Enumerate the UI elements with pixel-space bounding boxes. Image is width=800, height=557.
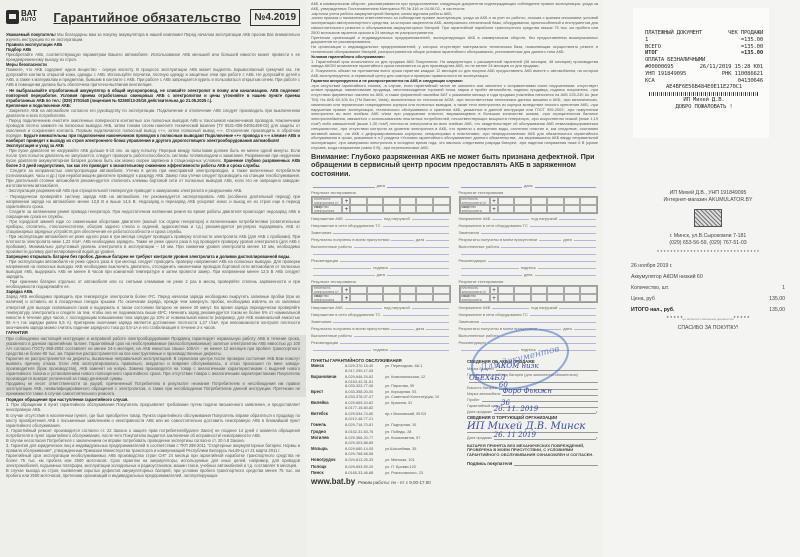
buyer-signature-field: Подпись покупателя	[467, 461, 598, 466]
service-point-row: Полоцк8-029-653-59-20ул. П. Бровки,120	[311, 465, 461, 470]
service-point-row: Гродно8-0152-31-63-76ул. Победы, 28	[311, 430, 461, 435]
seller-info-heading: СВЕДЕНИЯ О ТОРГУЮЩЕЙ ОРГАНИЗАЦИИ	[467, 415, 598, 420]
warranty-section: При соблюдении настоящей инструкции и ис…	[0, 335, 306, 398]
warranty-conditions-text: АКБ в коммерческом обороте, рассматриваю…	[311, 2, 598, 151]
cash-register-receipt: ПЛАТЕЖНЫЙ ДОКУМЕНТЧЕК ПРОДАЖИ 1=135.00 В…	[633, 8, 769, 138]
sale-date-field: Дата продажи26. 11. 2019г.	[467, 408, 598, 414]
bat-logo: BAT AUTO	[6, 10, 44, 24]
test-form-left: датаРезультат тестированияплотность элек…	[311, 181, 451, 352]
test-results-grid: плотность электролита (г/см3)+свойство э…	[459, 196, 599, 214]
car-field: Марка автомобиляФорд Фьюжн	[467, 390, 598, 396]
service-point-row: Могилев8-029-366-20-77 8-029-303-88-89ул…	[311, 436, 461, 445]
barcode-icon	[649, 92, 759, 96]
service-point-row: Пинск8-0165-33-46-68ул. Рокоссовского, 2…	[311, 471, 461, 476]
document-title: Гарантийное обязательство	[44, 10, 250, 25]
document-header: BAT AUTO Гарантийное обязательство №4.20…	[6, 4, 300, 30]
instructions-text: Уважаемый покупатель! Мы благодарны вам …	[6, 32, 300, 478]
document-number: №4.2019	[250, 9, 300, 26]
service-point-row: Гомель8-029-716-70-81ул. Подгорная, 10	[311, 423, 461, 428]
receipt-hash: AE4BF6E56B484E0E11E270C1	[645, 84, 763, 91]
sales-receipt: ИП Михей Д.В., УНП 191849095 Интернет-ма…	[623, 190, 793, 390]
service-point-row: Новогрудок8-029-813-25-33ул. Минская, 10…	[311, 458, 461, 463]
website-link[interactable]: www.bat.by	[311, 477, 355, 486]
test-results-grid: плотность электролита (г/см3)+свойство э…	[459, 285, 599, 303]
service-point-row: Брест8-033-358-20-00 8-033-378-07-07ул. …	[311, 390, 461, 399]
working-hours: Режим работы: пн - пт с 9.00-17.00	[358, 480, 431, 485]
logo-text-bat: BAT	[21, 10, 37, 17]
service-points-list: ПУНКТЫ ГАРАНТИЙНОГО ОБСЛУЖИВАНИЯ Минск8-…	[311, 358, 461, 486]
battery-logo-icon	[6, 10, 19, 24]
service-point-row: Барановичи8-029-646-24-62 8-0163-42-31-5…	[311, 375, 461, 389]
test-results-grid: плотность электролита (г/см3)+свойство э…	[311, 285, 451, 303]
receipts-area: ПЛАТЕЖНЫЙ ДОКУМЕНТЧЕК ПРОДАЖИ 1=135.00 В…	[603, 0, 800, 557]
service-point-row: Вилейка8-029-669-24-62 8-0177-15-60-82ул…	[311, 401, 461, 410]
service-test-forms: датаРезультат тестированияплотность элек…	[311, 181, 598, 352]
thanks-text: СПАСИБО ЗА ПОКУПКУ!	[631, 325, 785, 332]
test-results-grid: плотность электролита (г/см3)+свойство э…	[311, 196, 451, 214]
acceptance-statement: БАТАРЕЯ ПРИНЯТА БЕЗ МЕХАНИЧЕСКИХ ПОВРЕЖД…	[467, 444, 598, 458]
shop-logo-icon	[694, 209, 722, 227]
service-point-row: Витебск8-029-534-74-80 8-0212-48-77-21пр…	[311, 412, 461, 421]
service-points-heading: ПУНКТЫ ГАРАНТИЙНОГО ОБСЛУЖИВАНИЯ	[311, 358, 461, 363]
warranty-coupon-sheet: АКБ в коммерческом обороте, рассматриваю…	[306, 0, 603, 557]
service-point-row: Минск8-029-370-15-40 8-017-290-17-05ул. …	[311, 364, 461, 373]
item-name: Аккумулятор АКОМ низкий 60	[631, 274, 703, 281]
logo-text-auto: AUTO	[21, 17, 37, 24]
warranty-instructions-sheet: BAT AUTO Гарантийное обязательство №4.20…	[0, 0, 306, 557]
sale-date-2-field: Дата продажи26. 11 2019г.	[467, 433, 598, 439]
service-point-row: Мозырь8-029-680-14-05 8-029-768-56-56ул.…	[311, 447, 461, 456]
attention-notice: Внимание: Глубоко разряженная АКБ не мож…	[311, 153, 598, 178]
test-form-right: датаРезультат тестированияплотность элек…	[459, 181, 599, 352]
